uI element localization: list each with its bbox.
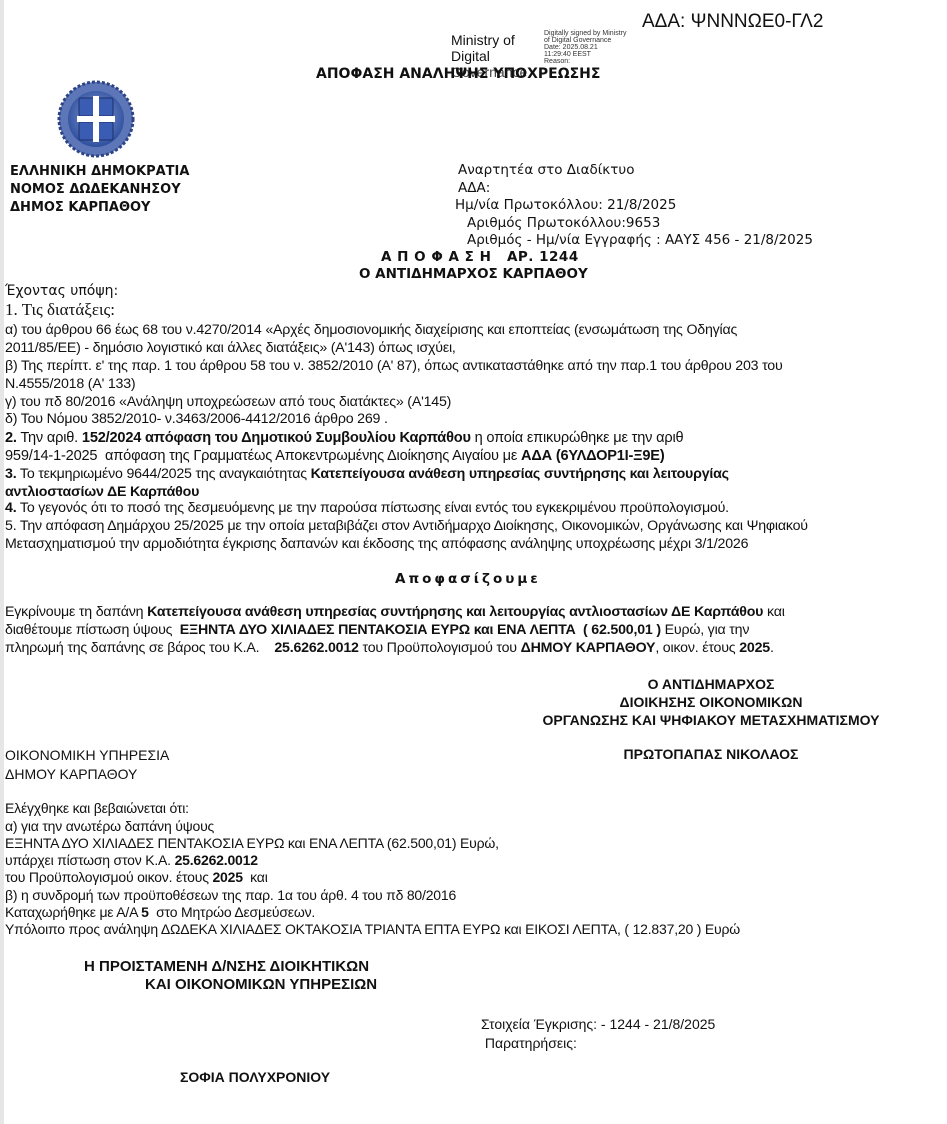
item-bold-text: Κατεπείγουσα ανάθεση υπηρεσίας συντήρηση…: [311, 466, 729, 482]
approval-text: διαθέτουμε πίστωση ύψους: [5, 622, 180, 638]
item-number: 2.: [5, 430, 17, 446]
verification-text: υπάρχει πίστωση στον Κ.Α.: [5, 852, 175, 868]
ada-code: ΑΔΑ: ΨΝΝΝΩΕ0-ΓΛ2: [642, 11, 823, 33]
greek-coat-of-arms-icon: [57, 80, 135, 158]
deputy-title-line1: Ο ΑΝΤΙΔΗΜΑΡΧΟΣ: [501, 676, 921, 692]
verification-line7: Καταχωρήθηκε με Α/Α 5 στο Μητρώο Δεσμεύσ…: [5, 904, 315, 920]
budget-code: 25.6262.0012: [274, 640, 358, 656]
consideration-2-line2: 959/14-1-2025 απόφαση της Γραμματέως Απο…: [5, 448, 665, 464]
decision-role: Ο ΑΝΤΙΔΗΜΑΡΧΟΣ ΚΑΡΠΑΘΟΥ: [359, 266, 588, 282]
financial-office-line: ΔΗΜΟΥ ΚΑΡΠΑΘΟΥ: [5, 765, 169, 784]
digital-signature-stamp: Digitally signed by Ministry of Digital …: [544, 30, 626, 65]
deputy-title-line2: ΔΙΟΙΚΗΣΗΣ ΟΙΚΟΝΟΜΙΚΩΝ: [501, 694, 921, 710]
head-title-line1: Η ΠΡΟΙΣΤΑΜΕΝΗ Δ/ΝΣΗΣ ΔΙΟΙΚΗΤΙΚΩΝ: [84, 958, 369, 975]
approval-amount: ΕΞΗΝΤΑ ΔΥΟ ΧΙΛΙΑΔΕΣ ΠΕΝΤΑΚΟΣΙΑ ΕΥΡΩ και …: [180, 622, 661, 638]
approval-line1: Εγκρίνουμε τη δαπάνη Κατεπείγουσα ανάθεσ…: [5, 604, 785, 620]
verification-text: στο Μητρώο Δεσμεύσεων.: [149, 904, 315, 920]
consideration-4: 4. Το γεγονός ότι το ποσό της δεσμευόμεν…: [5, 500, 729, 516]
ministry-line: Digital: [451, 48, 527, 64]
item-number: 4.: [5, 500, 16, 516]
protocol-info: Αναρτητέα στο Διαδίκτυο ΑΔΑ: Ημ/νία Πρωτ…: [455, 162, 813, 250]
verification-text: και: [243, 869, 268, 885]
consideration-3-line2: αντλιοστασίων ΔΕ Καρπάθου: [5, 484, 199, 500]
fiscal-year: 2025: [212, 869, 242, 885]
item-bold-text: 152/2024 απόφαση του Δημοτικού Συμβουλίο…: [82, 430, 471, 446]
verification-line8: Υπόλοιπο προς ανάληψη ΔΩΔΕΚΑ ΧΙΛΙΑΔΕΣ ΟΚ…: [5, 921, 740, 937]
head-name: ΣΟΦΙΑ ΠΟΛΥΧΡΟΝΙΟΥ: [180, 1069, 330, 1085]
document-title: ΑΠΟΦΑΣΗ ΑΝΑΛΗΨΗΣ ΥΠΟΧΡΕΩΣΗΣ: [316, 66, 600, 82]
approval-details: Στοιχεία Έγκρισης: - 1244 - 21/8/2025 Πα…: [481, 1015, 715, 1053]
approval-text: , οικον. έτους: [655, 640, 739, 656]
signature-line: of Digital Governance: [544, 37, 626, 44]
item-text: Το γεγονός ότι το ποσό της δεσμευόμενης …: [16, 500, 728, 516]
verification-line4: υπάρχει πίστωση στον Κ.Α. 25.6262.0012: [5, 852, 258, 868]
municipality-name: ΔΗΜΟΥ ΚΑΡΠΑΘΟΥ: [521, 640, 656, 656]
provision-a-line1: α) του άρθρου 66 έως 68 του ν.4270/2014 …: [5, 322, 737, 338]
item-text: η οποία επικυρώθηκε με την αριθ: [471, 430, 684, 446]
financial-office: ΟΙΚΟΝΟΜΙΚΗ ΥΠΗΡΕΣΙΑ ΔΗΜΟΥ ΚΑΡΠΑΘΟΥ: [5, 746, 169, 784]
approval-line2: διαθέτουμε πίστωση ύψους ΕΞΗΝΤΑ ΔΥΟ ΧΙΛΙ…: [5, 622, 749, 638]
approval-text: .: [770, 640, 774, 656]
ada-label: ΑΔΑ:: [455, 180, 813, 198]
signature-line: 11:29:40 EEST: [544, 51, 626, 58]
verification-line1: Ελέγχθηκε και βεβαιώνεται ότι:: [5, 800, 189, 816]
budget-code: 25.6262.0012: [175, 852, 258, 868]
verification-line3: ΕΞΗΝΤΑ ΔΥΟ ΧΙΛΙΑΔΕΣ ΠΕΝΤΑΚΟΣΙΑ ΕΥΡΩ και …: [5, 835, 499, 851]
approval-text: Ευρώ, για την: [661, 622, 749, 638]
head-title-line2: ΚΑΙ ΟΙΚΟΝΟΜΙΚΩΝ ΥΠΗΡΕΣΙΩΝ: [145, 976, 377, 993]
registration-text: Αριθμός - Ημ/νία Εγγραφής : ΑΑΥΣ 456 - 2…: [467, 232, 813, 248]
signature-line: Digitally signed by Ministry: [544, 30, 626, 37]
item-text: Το τεκμηριωμένο 9644/2025 της αναγκαιότη…: [16, 466, 310, 482]
provision-b-line1: β) Της περίπτ. ε' της παρ. 1 του άρθρου …: [5, 358, 783, 374]
approval-text: του Προϋπολογισμού του: [359, 640, 521, 656]
ministry-line: Ministry of: [451, 32, 527, 48]
issuer-line: ΝΟΜΟΣ ΔΩΔΕΚΑΝΗΣΟΥ: [10, 181, 189, 199]
issuer-block: ΕΛΛΗΝΙΚΗ ΔΗΜΟΚΡΑΤΙΑ ΝΟΜΟΣ ΔΩΔΕΚΑΝΗΣΟΥ ΔΗ…: [10, 163, 189, 217]
approval-details-line: Στοιχεία Έγκρισης: - 1244 - 21/8/2025: [481, 1015, 715, 1034]
deputy-title-line3: ΟΡΓΑΝΩΣΗΣ ΚΑΙ ΨΗΦΙΑΚΟΥ ΜΕΤΑΣΧΗΜΑΤΙΣΜΟΥ: [501, 712, 921, 728]
signature-line: Date: 2025.08.21: [544, 44, 626, 51]
approval-bold-text: Κατεπείγουσα ανάθεση υπηρεσίας συντήρηση…: [147, 604, 763, 620]
verification-line6: β) η συνδρομή των προϋποθέσεων της παρ. …: [5, 887, 456, 903]
page-edge: [0, 0, 4, 1124]
issuer-line: ΔΗΜΟΣ ΚΑΡΠΑΘΟΥ: [10, 199, 189, 217]
provisions-title: 1. Τις διατάξεις:: [5, 300, 115, 320]
posted-online: Αναρτητέα στο Διαδίκτυο: [455, 162, 813, 180]
deputy-name: ΠΡΩΤΟΠΑΠΑΣ ΝΙΚΟΛΑΟΣ: [501, 746, 921, 762]
provision-b-line2: Ν.4555/2018 (Α' 133): [5, 376, 135, 392]
item-number: 3.: [5, 466, 16, 482]
provision-a-line2: 2011/85/ΕΕ) - δημόσιο λογιστικό και άλλε…: [5, 340, 456, 356]
item-text: Την αριθ.: [17, 430, 82, 446]
verification-text: του Προϋπολογισμού οικον. έτους: [5, 869, 212, 885]
protocol-date: Ημ/νία Πρωτοκόλλου: 21/8/2025: [455, 197, 813, 215]
consideration-5-line2: Μετασχηματισμού την αρμοδιότητα έγκρισης…: [5, 536, 748, 552]
fiscal-year: 2025: [739, 640, 770, 656]
signature-line: Reason:: [544, 58, 626, 65]
provision-d: δ) Του Νόμου 3852/2010- ν.3463/2006-4412…: [5, 411, 388, 427]
considering-intro: Έχοντας υπόψη:: [5, 283, 118, 299]
verification-line5: του Προϋπολογισμού οικον. έτους 2025 και: [5, 869, 268, 885]
decision-number: Α Π Ο Φ Α Σ Η ΑΡ. 1244: [381, 249, 579, 265]
approval-text: και: [763, 604, 784, 620]
verification-text: Καταχωρήθηκε με Α/Α: [5, 904, 141, 920]
remarks-line: Παρατηρήσεις:: [481, 1034, 715, 1053]
registration-info: Αριθμός - Ημ/νία Εγγραφής : ΑΑΥΣ 456 - 2…: [455, 232, 813, 250]
we-decide-heading: Αποφασίζουμε: [395, 571, 541, 587]
issuer-line: ΕΛΛΗΝΙΚΗ ΔΗΜΟΚΡΑΤΙΑ: [10, 163, 189, 181]
consideration-3-line1: 3. Το τεκμηριωμένο 9644/2025 της αναγκαι…: [5, 466, 729, 482]
consideration-2-line1: 2. Την αριθ. 152/2024 απόφαση του Δημοτι…: [5, 430, 683, 446]
verification-line2: α) για την ανωτέρω δαπάνη ύψους: [5, 818, 214, 834]
approval-text: πληρωμή της δαπάνης σε βάρος του Κ.Α.: [5, 640, 274, 656]
registry-number: 5: [141, 904, 149, 920]
approval-text: Εγκρίνουμε τη δαπάνη: [5, 604, 147, 620]
ada-reference: ΑΔΑ (6ΥΛΔΟΡ1Ι-Ξ9Ε): [521, 448, 664, 464]
protocol-number: Αριθμός Πρωτοκόλλου:9653: [455, 215, 813, 233]
consideration-5-line1: 5. Την απόφαση Δημάρχου 25/2025 με την ο…: [5, 518, 808, 534]
approval-line3: πληρωμή της δαπάνης σε βάρος του Κ.Α. 25…: [5, 640, 774, 656]
provision-c: γ) του πδ 80/2016 «Ανάληψη υποχρεώσεων α…: [5, 394, 451, 410]
financial-office-line: ΟΙΚΟΝΟΜΙΚΗ ΥΠΗΡΕΣΙΑ: [5, 746, 169, 765]
item-text: 959/14-1-2025 απόφαση της Γραμματέως Απο…: [5, 448, 521, 464]
